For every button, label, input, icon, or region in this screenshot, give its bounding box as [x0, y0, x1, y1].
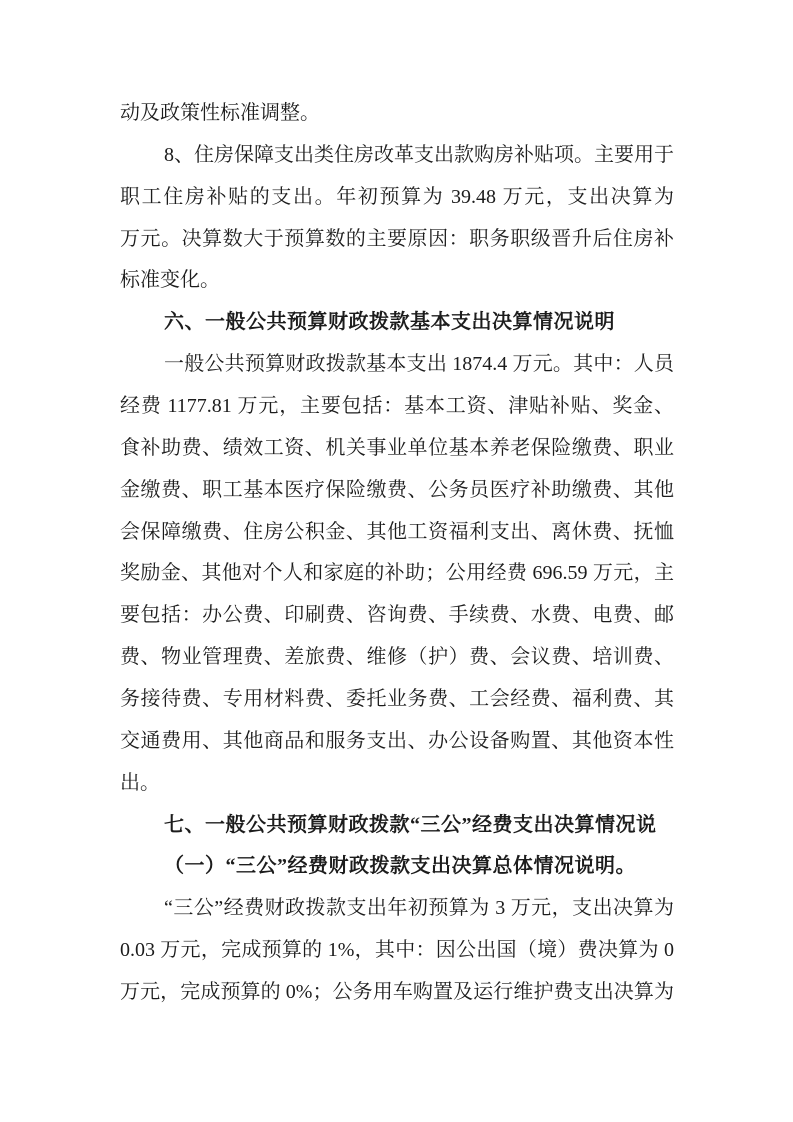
body-line: 会保障缴费、住房公积金、其他工资福利支出、离休费、抚恤金、 — [120, 512, 674, 554]
body-line: “三公”经费财政拨款支出年初预算为 3 万元，支出决算为 — [120, 888, 674, 930]
document-page: 动及政策性标准调整。 8、住房保障支出类住房改革支出款购房补贴项。主要用于 职工… — [0, 0, 793, 1122]
body-line: 务接待费、专用材料费、委托业务费、工会经费、福利费、其他 — [120, 679, 674, 721]
body-line: 交通费用、其他商品和服务支出、办公设备购置、其他资本性支 — [120, 721, 674, 763]
body-line: 动及政策性标准调整。 — [120, 93, 674, 135]
body-line: 万元。决算数大于预算数的主要原因：职务职级晋升后住房补贴 — [120, 219, 674, 261]
body-line: 金缴费、职工基本医疗保险缴费、公务员医疗补助缴费、其他社 — [120, 470, 674, 512]
body-line: 标准变化。 — [120, 260, 674, 302]
body-line: 食补助费、绩效工资、机关事业单位基本养老保险缴费、职业年 — [120, 428, 674, 470]
body-line: 要包括：办公费、印刷费、咨询费、手续费、水费、电费、邮电 — [120, 595, 674, 637]
body-line: 职工住房补贴的支出。年初预算为 39.48 万元，支出决算为 39.78 — [120, 177, 674, 219]
section-heading-seven: 七、一般公共预算财政拨款“三公”经费支出决算情况说明 — [120, 805, 674, 847]
body-line: 0.03 万元，完成预算的 1%，其中：因公出国（境）费决算为 0 — [120, 930, 674, 972]
body-line: 万元，完成预算的 0%；公务用车购置及运行维护费支出决算为 0 — [120, 972, 674, 1014]
body-line: 经费 1177.81 万元，主要包括：基本工资、津贴补贴、奖金、伙 — [120, 386, 674, 428]
body-line: 费、物业管理费、差旅费、维修（护）费、会议费、培训费、公 — [120, 637, 674, 679]
body-line: 奖励金、其他对个人和家庭的补助；公用经费 696.59 万元，主 — [120, 553, 674, 595]
document-text-block: 动及政策性标准调整。 8、住房保障支出类住房改革支出款购房补贴项。主要用于 职工… — [120, 93, 674, 1014]
subsection-heading-one: （一）“三公”经费财政拨款支出决算总体情况说明。 — [120, 846, 674, 888]
body-line: 出。 — [120, 763, 674, 805]
body-line: 一般公共预算财政拨款基本支出 1874.4 万元。其中：人员 — [120, 344, 674, 386]
section-heading-six: 六、一般公共预算财政拨款基本支出决算情况说明 — [120, 302, 674, 344]
body-line: 8、住房保障支出类住房改革支出款购房补贴项。主要用于 — [120, 135, 674, 177]
